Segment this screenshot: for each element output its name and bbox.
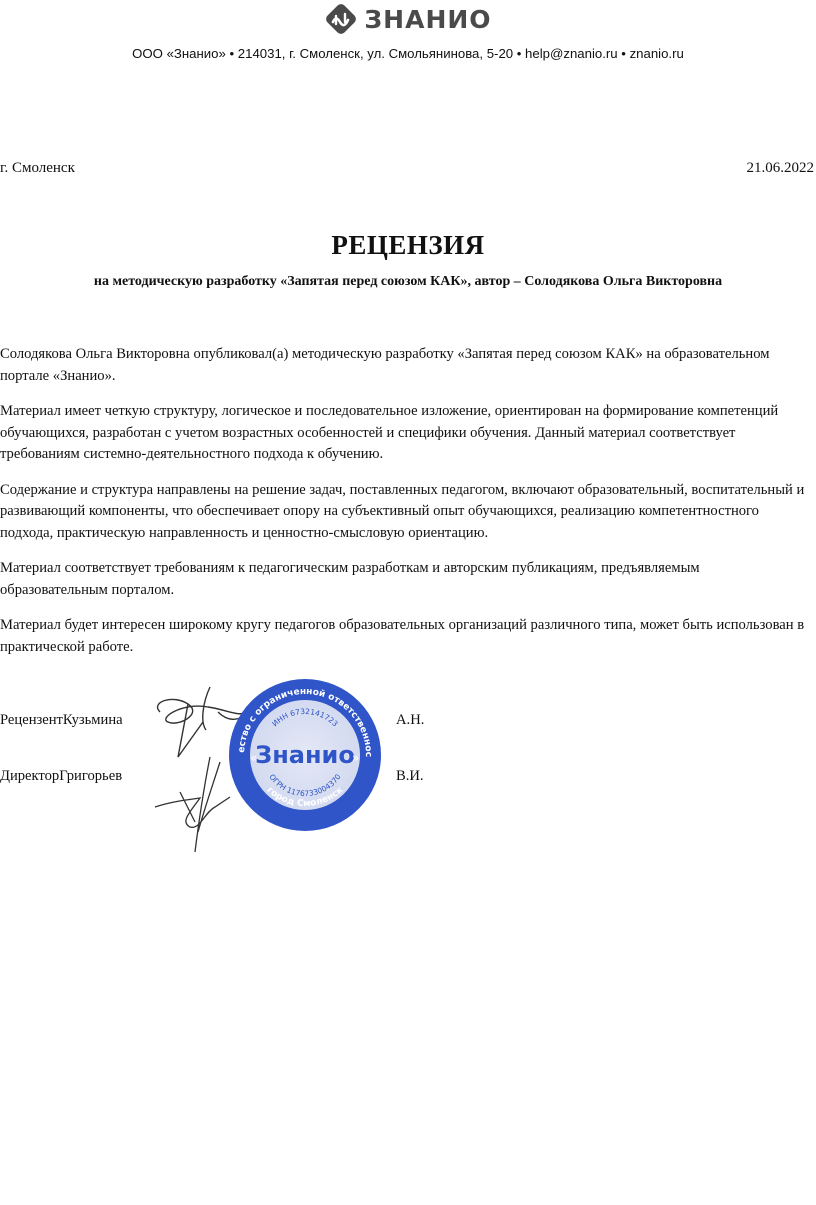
znanio-logo-icon	[324, 2, 358, 36]
reviewer-initials: А.Н.	[396, 712, 424, 729]
stamp-center-text: Знанио	[255, 741, 355, 769]
paragraph: Солодякова Ольга Викторовна опубликовал(…	[0, 344, 810, 387]
document-subtitle: на методическую разработку «Запятая пере…	[0, 274, 816, 290]
director-signature	[150, 752, 260, 856]
stamp-quote-right: »	[352, 751, 359, 765]
document-title: РЕЦЕНЗИЯ	[0, 230, 816, 261]
paragraph: Содержание и структура направлены на реш…	[0, 480, 810, 545]
paragraph: Материал будет интересен широкому кругу …	[0, 615, 810, 658]
paragraph: Материал имеет четкую структуру, логичес…	[0, 401, 810, 466]
director-initials: В.И.	[396, 768, 424, 785]
reviewer-name: РецензентКузьмина	[0, 712, 123, 729]
address-line: ООО «Знанио» • 214031, г. Смоленск, ул. …	[0, 46, 816, 61]
place: г. Смоленск	[0, 160, 75, 177]
director-name: ДиректорГригорьев	[0, 768, 122, 785]
document-date: 21.06.2022	[747, 160, 815, 177]
paragraph: Материал соответствует требованиям к пед…	[0, 558, 810, 601]
company-logo: ЗНАНИО	[0, 2, 816, 36]
logo-text: ЗНАНИО	[364, 5, 491, 34]
review-body: Солодякова Ольга Викторовна опубликовал(…	[0, 344, 810, 672]
